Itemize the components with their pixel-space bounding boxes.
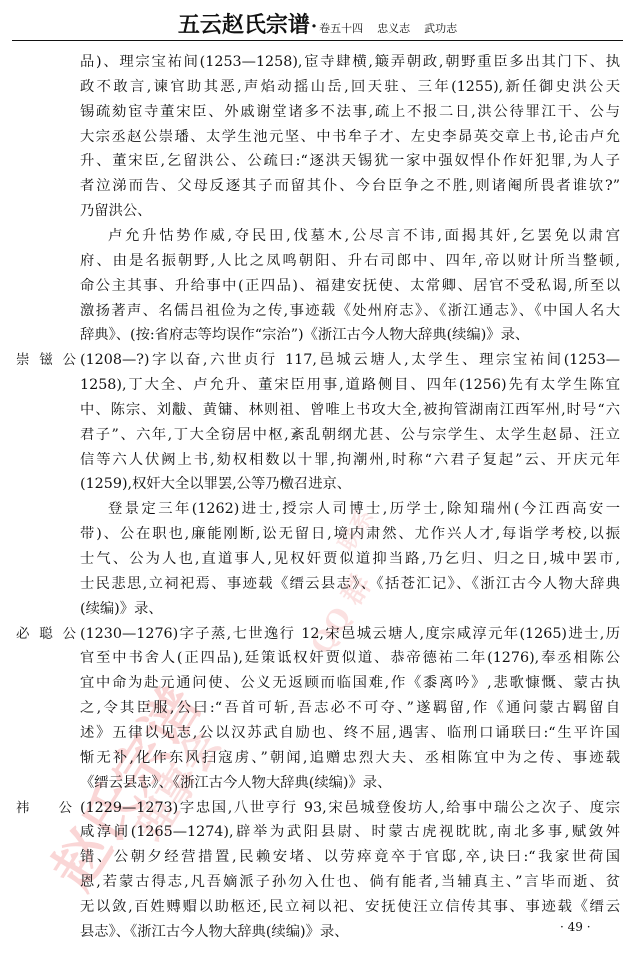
text-line: 错、公朝夕经营措置,民赖安堵、以劳瘁竟卒于官邸,卒,诀曰:“我家世荷国 xyxy=(80,845,620,869)
text-line: 《缙云县志》、《浙江古今人物大辞典(续编)》录、 xyxy=(80,771,620,795)
section-label: 忠义志 xyxy=(377,22,410,35)
text-line: 登景定三年(1262)进士,授宗人司博士,历学士,除知瑞州(今江西高安一 xyxy=(108,497,620,521)
text-line: 品)、理宗宝祐间(1253—1258),宦寺肆横,簸弄朝政,朝野重臣多出其门下、… xyxy=(80,50,620,74)
header-rule xyxy=(12,40,623,41)
text-line: 升、董宋臣,乞留洪公、公疏曰:“逐洪天锡犹一家中强奴悍仆作奸犯罪,为人子 xyxy=(80,149,620,173)
person-name-heading: 崇镃公 xyxy=(16,348,76,372)
text-line: 锡疏劾宦寺董宋臣、外戚谢堂诸多不法事,疏上不报二日,洪公待罪江干、公与 xyxy=(80,100,620,124)
text-line: 1258),丁大全、卢允升、董宋臣用事,道路侧目、四年(1256)先有太学生陈宜 xyxy=(80,373,620,397)
page-header: 五云赵氏宗谱·卷五十四忠义志武功志 xyxy=(0,8,635,39)
text-line: 激扬著声、名儒吕祖俭为之传,事迹载《处州府志》、《浙江通志》、《中国人名大 xyxy=(80,299,620,323)
text-line: (1208—?)字以奋,六世贞行 117,邑城云塘人,太学生、理宗宝祐间(125… xyxy=(80,348,620,372)
text-line: 大宗丞赵公崇璠、太学生池元坚、中书牟子才、左史李昴英交章上书,论击卢允 xyxy=(80,125,620,149)
text-line: 之,令其臣服,公曰:“吾首可斩,吾志必不可夺、”遂羁留,作《通问蒙古羁留自 xyxy=(80,696,620,720)
text-line: 宜中命为赴元通问使、公义无返顾而临国难,作《黍离吟》,悲歌慷慨、蒙古执 xyxy=(80,671,620,695)
text-line: 辞典》、(按:省府志等均误作“宗治”)《浙江古今人物大辞典(续编)》录、 xyxy=(80,323,620,347)
person-name-heading: 必聪公 xyxy=(16,622,76,646)
text-line: (续编)》录、 xyxy=(80,597,620,621)
text-line: 君子”、六年,丁大全窃居中枢,紊乱朝纲尤甚、公与宗学生、太学生赵昴、汪立 xyxy=(80,423,620,447)
person-name-heading: 祎 公 xyxy=(16,796,72,820)
page-number: · 49 · xyxy=(560,920,591,934)
volume-info: 卷五十四忠义志武功志 xyxy=(319,22,457,35)
text-line: 士气、公为人也,直道事人,见权奸贾似道抑当路,乃乞归、归之日,城中罢市, xyxy=(80,547,620,571)
text-line: 者泣涕而告、父母反逐其子而留其仆、今台臣争之不胜,则诸阉所畏者谁欤?” xyxy=(80,174,620,198)
text-line: 信等六人伏阙上书,劾权相数以十罪,拘潮州,时称“六君子复起”云、开庆元年 xyxy=(80,448,620,472)
text-line: 官至中书舍人(正四品),廷策诋权奸贾似道、恭帝德祐二年(1276),奉丞相陈公 xyxy=(80,646,620,670)
text-line: 无以敛,百姓赙赗以助柩还,民立祠以祀、安抚使汪立信传其事、事迹载《缙云 xyxy=(80,895,620,919)
text-line: 带)、公在职也,廉能刚断,讼无留日,境内肃然、尤作兴人才,每诣学考校,以振 xyxy=(80,522,620,546)
text-line: 惭无补,化作东风扫寇虏、”朝闻,追赠忠烈大夫、丞相陈宜中为之传、事迹载 xyxy=(80,746,620,770)
book-title: 五云赵氏宗谱 xyxy=(178,12,310,38)
text-line: 命公主其事、升给事中(正四品)、福建安抚使、太常卿、居官不受私谒,所至以 xyxy=(80,274,620,298)
text-line: (1259),权奸大全以罪罢,公等乃檄召进京、 xyxy=(80,472,620,496)
text-line: 恩,若蒙古得志,凡吾嫡派子孙勿入仕也、倘有能者,当辅真主、”言毕而逝、贫 xyxy=(80,870,620,894)
text-line: 政不敢言,谏官助其恶,声焰动摇山岳,回天驻、三年(1255),新任御史洪公天 xyxy=(80,75,620,99)
text-line: 乃留洪公、 xyxy=(80,199,620,223)
text-line: (1230—1276)字子蒸,七世逸行 12,宋邑城云塘人,度宗咸淳元年(126… xyxy=(80,622,620,646)
text-line: 县志》、《浙江古今人物大辞典(续编)》录、 xyxy=(80,920,620,944)
text-line: 士民悲思,立祠祀焉、事迹载《缙云县志》、《括苍汇记》、《浙江古今人物大辞典 xyxy=(80,572,620,596)
text-line: 卢允升怙势作威,夺民田,伐墓木,公尽言不讳,面揭其奸,乞罢免以肃宫 xyxy=(108,224,620,248)
text-line: 中、陈宗、刘黻、黄镛、林则祖、曾唯上书攻大全,被拘管湖南江西军州,时号“六 xyxy=(80,398,620,422)
title-separator: · xyxy=(311,16,317,37)
text-line: 咸淳间(1265—1274),辟举为武阳县尉、时蒙古虎视眈眈,南北多事,赋敛舛 xyxy=(80,820,620,844)
volume-label: 卷五十四 xyxy=(319,22,363,35)
subsection-label: 武功志 xyxy=(424,22,457,35)
text-line: 府、由是名振朝野,人比之凤鸣朝阳、升右司郎中、四年,帝以财计所当整顿, xyxy=(80,249,620,273)
text-line: (1229—1273)字忠国,八世亨行 93,宋邑城登俊坊人,给事中瑞公之次子、… xyxy=(80,796,620,820)
text-line: 述》五律以见志,公以汉苏武自励也、终不屈,遇害、临刑口诵联曰:“生平许国 xyxy=(80,721,620,745)
